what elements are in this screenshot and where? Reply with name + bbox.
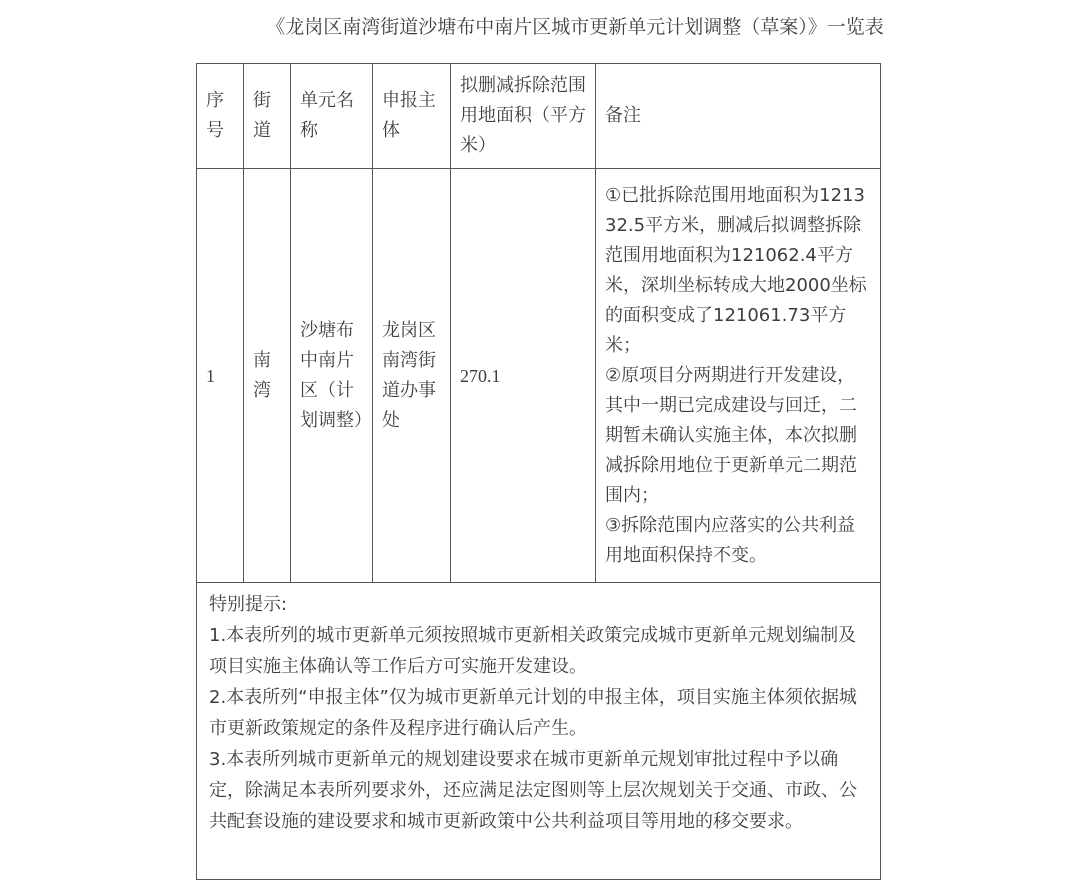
remark-item: ②原项目分两期进行开发建设，其中一期已完成建设与回迁，二期暂未确认实施主体，本次… [605,361,871,511]
cell-seq: 1 [197,169,244,583]
cell-unit-name: 沙塘布中南片区（计划调整） [291,169,373,583]
note-item: 3.本表所列城市更新单元的规划建设要求在城市更新单元规划审批过程中予以确定，除满… [209,744,871,837]
document-title: 《龙岗区南湾街道沙塘布中南片区城市更新单元计划调整（草案）》一览表 [0,12,1080,39]
remark-item: ③拆除范围内应落实的公共利益用地面积保持不变。 [605,511,871,571]
unit-plan-table: 序号 街道 单元名称 申报主体 拟删减拆除范围用地面积（平方米） 备注 1 南湾… [196,63,881,880]
cell-applicant: 龙岗区南湾街道办事处 [373,169,451,583]
notes-heading: 特别提示: [209,589,871,620]
header-area: 拟删减拆除范围用地面积（平方米） [451,64,596,169]
table-row: 1 南湾 沙塘布中南片区（计划调整） 龙岗区南湾街道办事处 270.1 ①已批拆… [197,169,881,583]
header-remarks: 备注 [596,64,881,169]
cell-remarks: ①已批拆除范围用地面积为121332.5平方米，删减后拟调整拆除范围用地面积为1… [596,169,881,583]
cell-area: 270.1 [451,169,596,583]
notes-cell: 特别提示: 1.本表所列的城市更新单元须按照城市更新相关政策完成城市更新单元规划… [197,583,881,880]
header-seq: 序号 [197,64,244,169]
cell-street: 南湾 [244,169,291,583]
note-item: 1.本表所列的城市更新单元须按照城市更新相关政策完成城市更新单元规划编制及项目实… [209,620,871,682]
header-unit-name: 单元名称 [291,64,373,169]
header-applicant: 申报主体 [373,64,451,169]
notes-row: 特别提示: 1.本表所列的城市更新单元须按照城市更新相关政策完成城市更新单元规划… [197,583,881,880]
remark-item: ①已批拆除范围用地面积为121332.5平方米，删减后拟调整拆除范围用地面积为1… [605,181,871,361]
header-street: 街道 [244,64,291,169]
note-item: 2.本表所列“申报主体”仅为城市更新单元计划的申报主体，项目实施主体须依据城市更… [209,682,871,744]
table-header-row: 序号 街道 单元名称 申报主体 拟删减拆除范围用地面积（平方米） 备注 [197,64,881,169]
